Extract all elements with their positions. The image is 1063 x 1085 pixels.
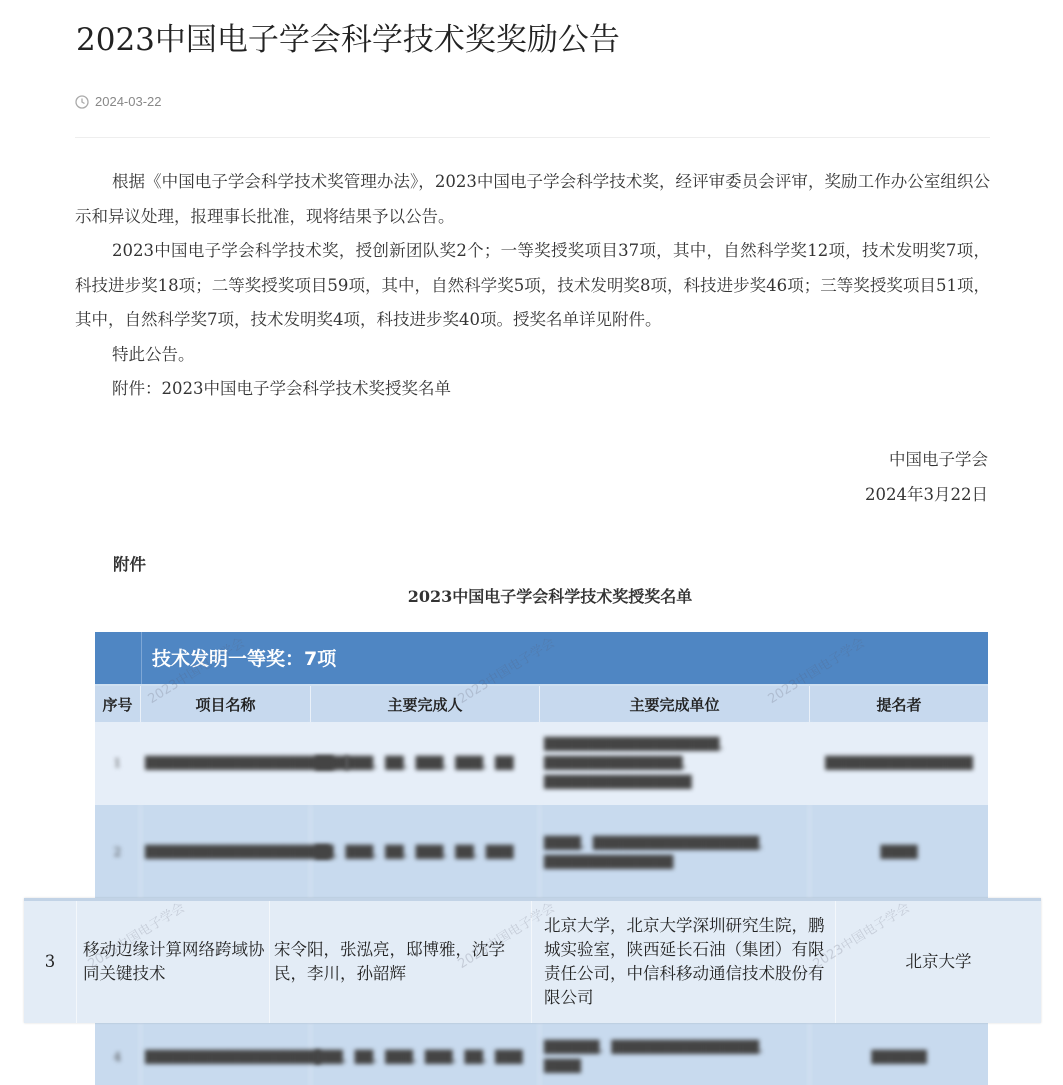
- table-row: 2 ████████████████████ ██，███，██，███，██，…: [95, 805, 988, 900]
- col-header: 序号: [95, 686, 141, 722]
- section-title: 技术发明一等奖：7项: [142, 632, 988, 684]
- clock-icon: [75, 95, 89, 109]
- page-title: 2023中国电子学会科学技术奖奖励公告: [76, 14, 620, 59]
- table-header: 序号 项目名称 主要完成人 主要完成单位 提名者: [95, 686, 988, 722]
- col-header: 提名者: [810, 686, 988, 722]
- main-units: 北京大学，北京大学深圳研究生院，鹏城实验室，陕西延长石油（集团）有限责任公司，中…: [532, 901, 836, 1023]
- signature-org: 中国电子学会: [889, 446, 988, 470]
- col-header: 主要完成单位: [540, 686, 810, 722]
- col-header: 主要完成人: [311, 686, 540, 722]
- publish-date: 2024-03-22: [75, 94, 162, 109]
- highlighted-table-row: 3 移动边缘计算网络跨域协同关键技术 宋令阳，张泓亮，邸博雅，沈学民，李川，孙韶…: [24, 898, 1041, 1023]
- attachment-link[interactable]: 附件：2023中国电子学会科学技术奖授奖名单: [75, 372, 990, 407]
- list-title: 2023中国电子学会科学技术奖授奖名单: [0, 584, 1063, 607]
- nominator: 北京大学: [836, 901, 1041, 1023]
- signature-date: 2024年3月22日: [865, 481, 988, 505]
- article-body: 根据《中国电子学会科学技术奖管理办法》，2023中国电子学会科学技术奖，经评审委…: [75, 165, 990, 407]
- table-row: 4 ███████████████████ ███，██，███，███，██，…: [95, 1022, 988, 1085]
- divider: [75, 137, 990, 138]
- col-header: 项目名称: [141, 686, 311, 722]
- section-band: 技术发明一等奖：7项: [95, 632, 988, 686]
- row-number: 3: [24, 901, 77, 1023]
- attachment-label: 附件: [113, 551, 146, 575]
- date-text: 2024-03-22: [95, 94, 162, 109]
- paragraph: 特此公告。: [75, 338, 990, 373]
- project-name: 移动边缘计算网络跨域协同关键技术: [77, 901, 270, 1023]
- main-contributors: 宋令阳，张泓亮，邸博雅，沈学民，李川，孙韶辉: [270, 901, 532, 1023]
- paragraph: 根据《中国电子学会科学技术奖管理办法》，2023中国电子学会科学技术奖，经评审委…: [75, 165, 990, 234]
- paragraph: 2023中国电子学会科学技术奖，授创新团队奖2个；一等奖授奖项目37项，其中，自…: [75, 234, 990, 338]
- table-row: 1 ██████████████████████ ██，███，██，███，█…: [95, 722, 988, 805]
